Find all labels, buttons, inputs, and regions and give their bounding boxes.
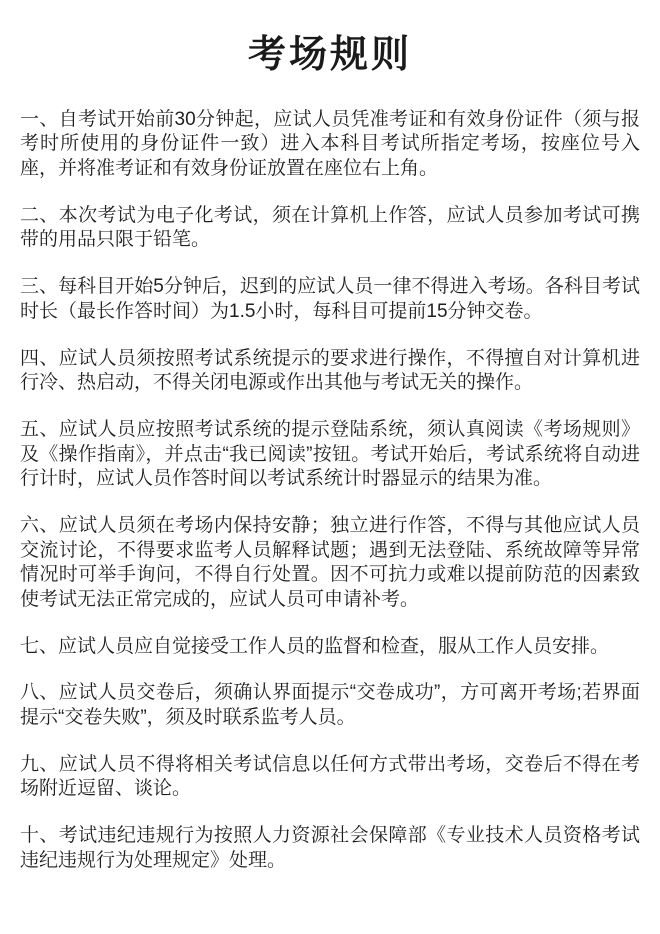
page-title: 考场规则 [20, 34, 640, 78]
rule-paragraph-3: 三、每科目开始5分钟后，迟到的应试人员一律不得进入考场。各科目考试时长（最长作答… [20, 275, 640, 324]
rule-paragraph-2: 二、本次考试为电子化考试，须在计算机上作答，应试人员参加考试可携带的用品只限于铅… [20, 204, 640, 253]
rule-paragraph-8: 八、应试人员交卷后，须确认界面提示“交卷成功”，方可离开考场;若界面提示“交卷失… [20, 681, 640, 730]
rule-paragraph-4: 四、应试人员须按照考试系统提示的要求进行操作，不得擅自对计算机进行冷、热启动，不… [20, 347, 640, 396]
rule-paragraph-9: 九、应试人员不得将相关考试信息以任何方式带出考场，交卷后不得在考场附近逗留、谈论… [20, 753, 640, 802]
rule-paragraph-5: 五、应试人员应按照考试系统的提示登陆系统，须认真阅读《考场规则》及《操作指南》，… [20, 418, 640, 492]
exam-rules-document: 考场规则 一、自考试开始前30分钟起，应试人员凭准考证和有效身份证件（须与报考时… [0, 0, 660, 934]
rule-paragraph-7: 七、应试人员应自觉接受工作人员的监督和检查，服从工作人员安排。 [20, 635, 640, 660]
rule-paragraph-10: 十、考试违纪违规行为按照人力资源社会保障部《专业技术人员资格考试违纪违规行为处理… [20, 824, 640, 873]
rule-paragraph-6: 六、应试人员须在考场内保持安静；独立进行作答，不得与其他应试人员交流讨论，不得要… [20, 514, 640, 613]
rule-paragraph-1: 一、自考试开始前30分钟起，应试人员凭准考证和有效身份证件（须与报考时所使用的身… [20, 108, 640, 182]
